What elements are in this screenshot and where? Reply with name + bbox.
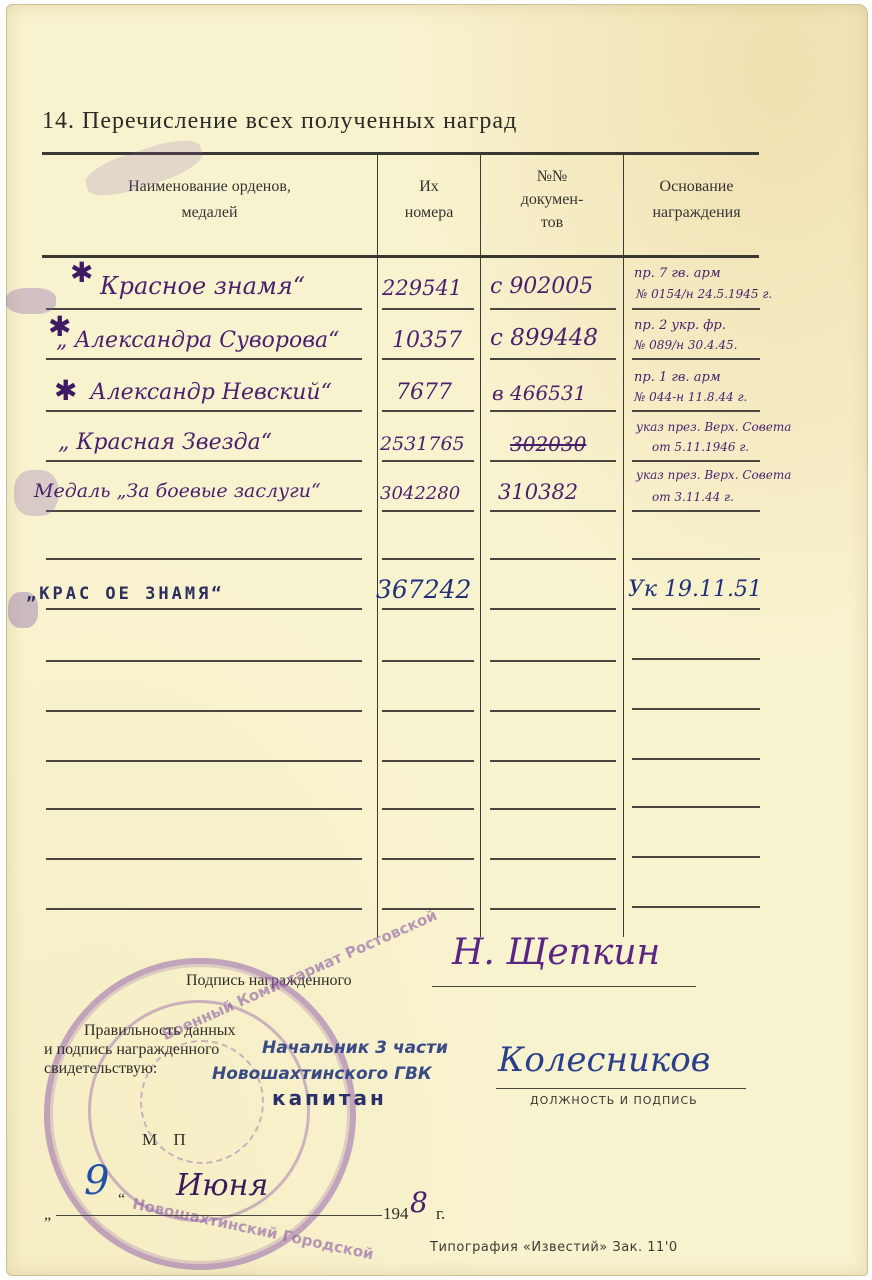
column-divider-1: [377, 152, 378, 937]
awardee-signature: Н. Щепкин: [452, 932, 660, 973]
column-divider-2: [480, 152, 481, 937]
header-numbers-line2: номера: [378, 200, 480, 226]
header-documents-line3: тов: [481, 211, 623, 234]
award-name: „ Красная Звезда“: [58, 430, 272, 455]
award-basis-line1: пр. 1 гв. арм: [634, 370, 721, 385]
award-basis-line1: Ук 19.11.51: [628, 577, 762, 602]
date-year-unit: г.: [436, 1204, 445, 1223]
official-signature-caption: ДОЛЖНОСТЬ И ПОДПИСЬ: [530, 1094, 698, 1107]
certify-line-1: Правильность данных: [84, 1021, 236, 1040]
column-divider-3: [623, 152, 624, 937]
date-line: [56, 1215, 382, 1216]
awardee-signature-line: [432, 986, 696, 987]
document-number: с 902005: [490, 274, 593, 299]
ink-smudge: [6, 288, 56, 314]
section-title-text: Перечисление всех полученных наград: [82, 108, 517, 134]
table-header-rule: [42, 255, 759, 258]
header-numbers-line1: Их: [378, 174, 480, 200]
certify-line-2: и подпись награжденного: [44, 1040, 219, 1059]
document-number: с 899448: [490, 325, 598, 351]
award-number: 2531765: [380, 433, 465, 455]
official-rank: капитан: [272, 1086, 387, 1110]
header-documents: №№ докумен- тов: [481, 165, 623, 234]
award-basis-line1: пр. 7 гв. арм: [634, 266, 721, 281]
official-signature: Колесников: [498, 1040, 710, 1080]
section-number: 14.: [42, 108, 75, 134]
official-signature-line: [496, 1088, 746, 1089]
date-day: 9: [84, 1158, 109, 1204]
section-title: 14. Перечисление всех полученных наград: [42, 108, 517, 135]
award-basis-line1: указ през. Верх. Совета: [636, 420, 791, 434]
award-name: Александр Невский“: [90, 380, 332, 405]
header-basis: Основание награждения: [624, 174, 769, 226]
certify-line-3: свидетельствую:: [44, 1059, 157, 1078]
date-close-quote: “: [118, 1190, 125, 1209]
award-number: 7677: [396, 380, 452, 405]
award-basis-line1: указ през. Верх. Совета: [636, 468, 791, 482]
seal-place-label: М П: [142, 1130, 192, 1149]
date-year-prefix: 194: [383, 1204, 409, 1223]
award-name: Медаль „За боевые заслуги“: [34, 480, 321, 502]
award-name: „КРАС ОЕ ЗНАМЯ“: [26, 584, 225, 604]
star-icon: ✱: [70, 260, 93, 288]
award-number: 229541: [382, 276, 462, 300]
award-name: „ Александра Суворова“: [56, 328, 339, 353]
award-basis-line2: № 044-н 11.8.44 г.: [634, 390, 747, 404]
header-basis-line2: награждения: [624, 200, 769, 226]
date-open-quote: „: [44, 1205, 51, 1224]
document-number: в 466531: [492, 381, 586, 405]
date-month: Июня: [176, 1168, 268, 1203]
header-documents-line2: докумен-: [481, 188, 623, 211]
award-basis-line1: пр. 2 укр. фр.: [634, 318, 726, 333]
award-number: 367242: [376, 575, 471, 604]
award-number: 10357: [392, 328, 462, 353]
award-basis-line2: от 5.11.1946 г.: [652, 440, 749, 454]
header-basis-line1: Основание: [624, 174, 769, 200]
header-award-name-line2: медалей: [42, 200, 377, 226]
official-title-stamp-line1: Начальник 3 части: [262, 1038, 448, 1058]
award-number: 3042280: [380, 483, 460, 504]
document-number: 302030: [510, 432, 586, 456]
printer-imprint: Типография «Известий» Зак. 11'0: [430, 1240, 678, 1255]
star-icon: ✱: [54, 378, 77, 406]
award-name: Красное знамя“: [100, 272, 305, 300]
award-basis-line2: № 0154/н 24.5.1945 г.: [636, 287, 772, 301]
header-numbers: Их номера: [378, 174, 480, 226]
date-year-suffix: 8: [410, 1186, 428, 1219]
award-basis-line2: № 089/н 30.4.45.: [634, 338, 737, 352]
official-title-stamp-line2: Новошахтинского ГВК: [212, 1064, 432, 1084]
award-basis-line2: от 3.11.44 г.: [652, 490, 734, 504]
document-number: 310382: [498, 480, 578, 504]
header-documents-line1: №№: [481, 165, 623, 188]
